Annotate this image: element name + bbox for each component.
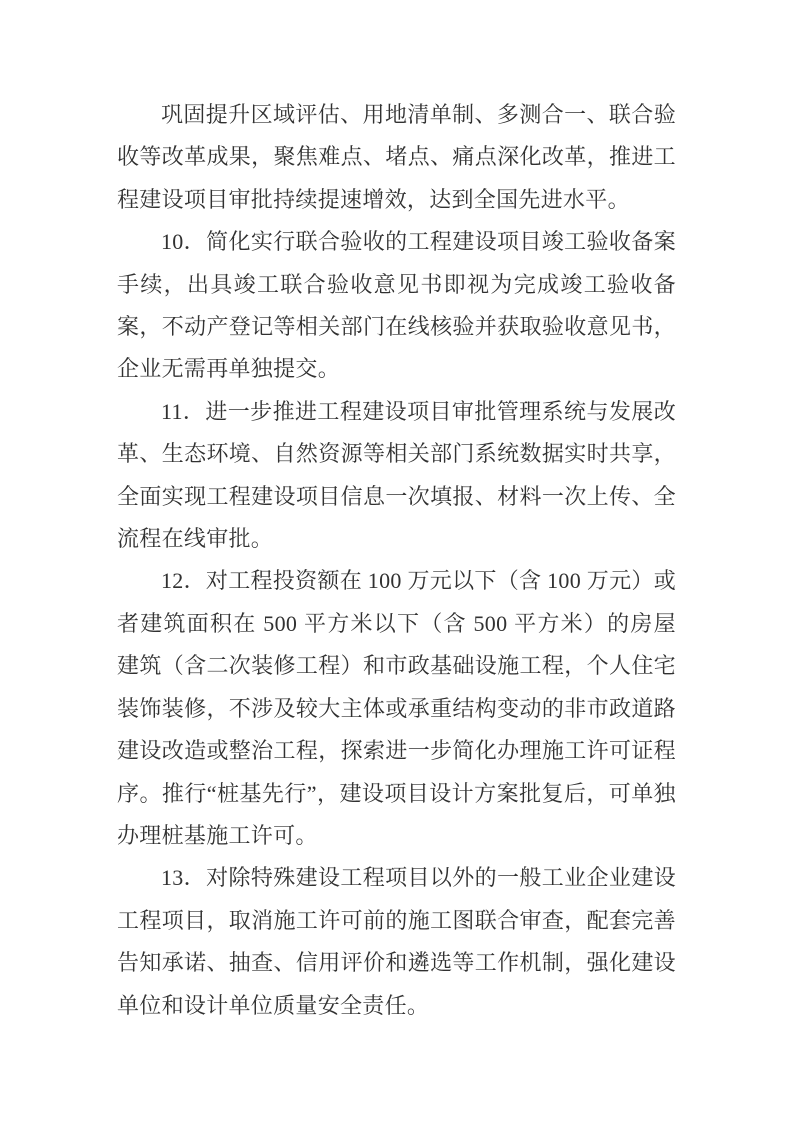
- paragraph-item-10: 10．简化实行联合验收的工程建设项目竣工验收备案手续，出具竣工联合验收意见书即视…: [117, 221, 676, 391]
- document-body-text: 巩固提升区域评估、用地清单制、多测合一、联合验收等改革成果，聚焦难点、堵点、痛点…: [117, 94, 676, 1027]
- paragraph-item-13: 13．对除特殊建设工程项目以外的一般工业企业建设工程项目，取消施工许可前的施工图…: [117, 857, 676, 1027]
- document-page: 巩固提升区域评估、用地清单制、多测合一、联合验收等改革成果，聚焦难点、堵点、痛点…: [0, 0, 793, 1122]
- paragraph-item-12: 12．对工程投资额在 100 万元以下（含 100 万元）或者建筑面积在 500…: [117, 560, 676, 857]
- paragraph-item-11: 11．进一步推进工程建设项目审批管理系统与发展改革、生态环境、自然资源等相关部门…: [117, 391, 676, 561]
- paragraph-intro: 巩固提升区域评估、用地清单制、多测合一、联合验收等改革成果，聚焦难点、堵点、痛点…: [117, 94, 676, 221]
